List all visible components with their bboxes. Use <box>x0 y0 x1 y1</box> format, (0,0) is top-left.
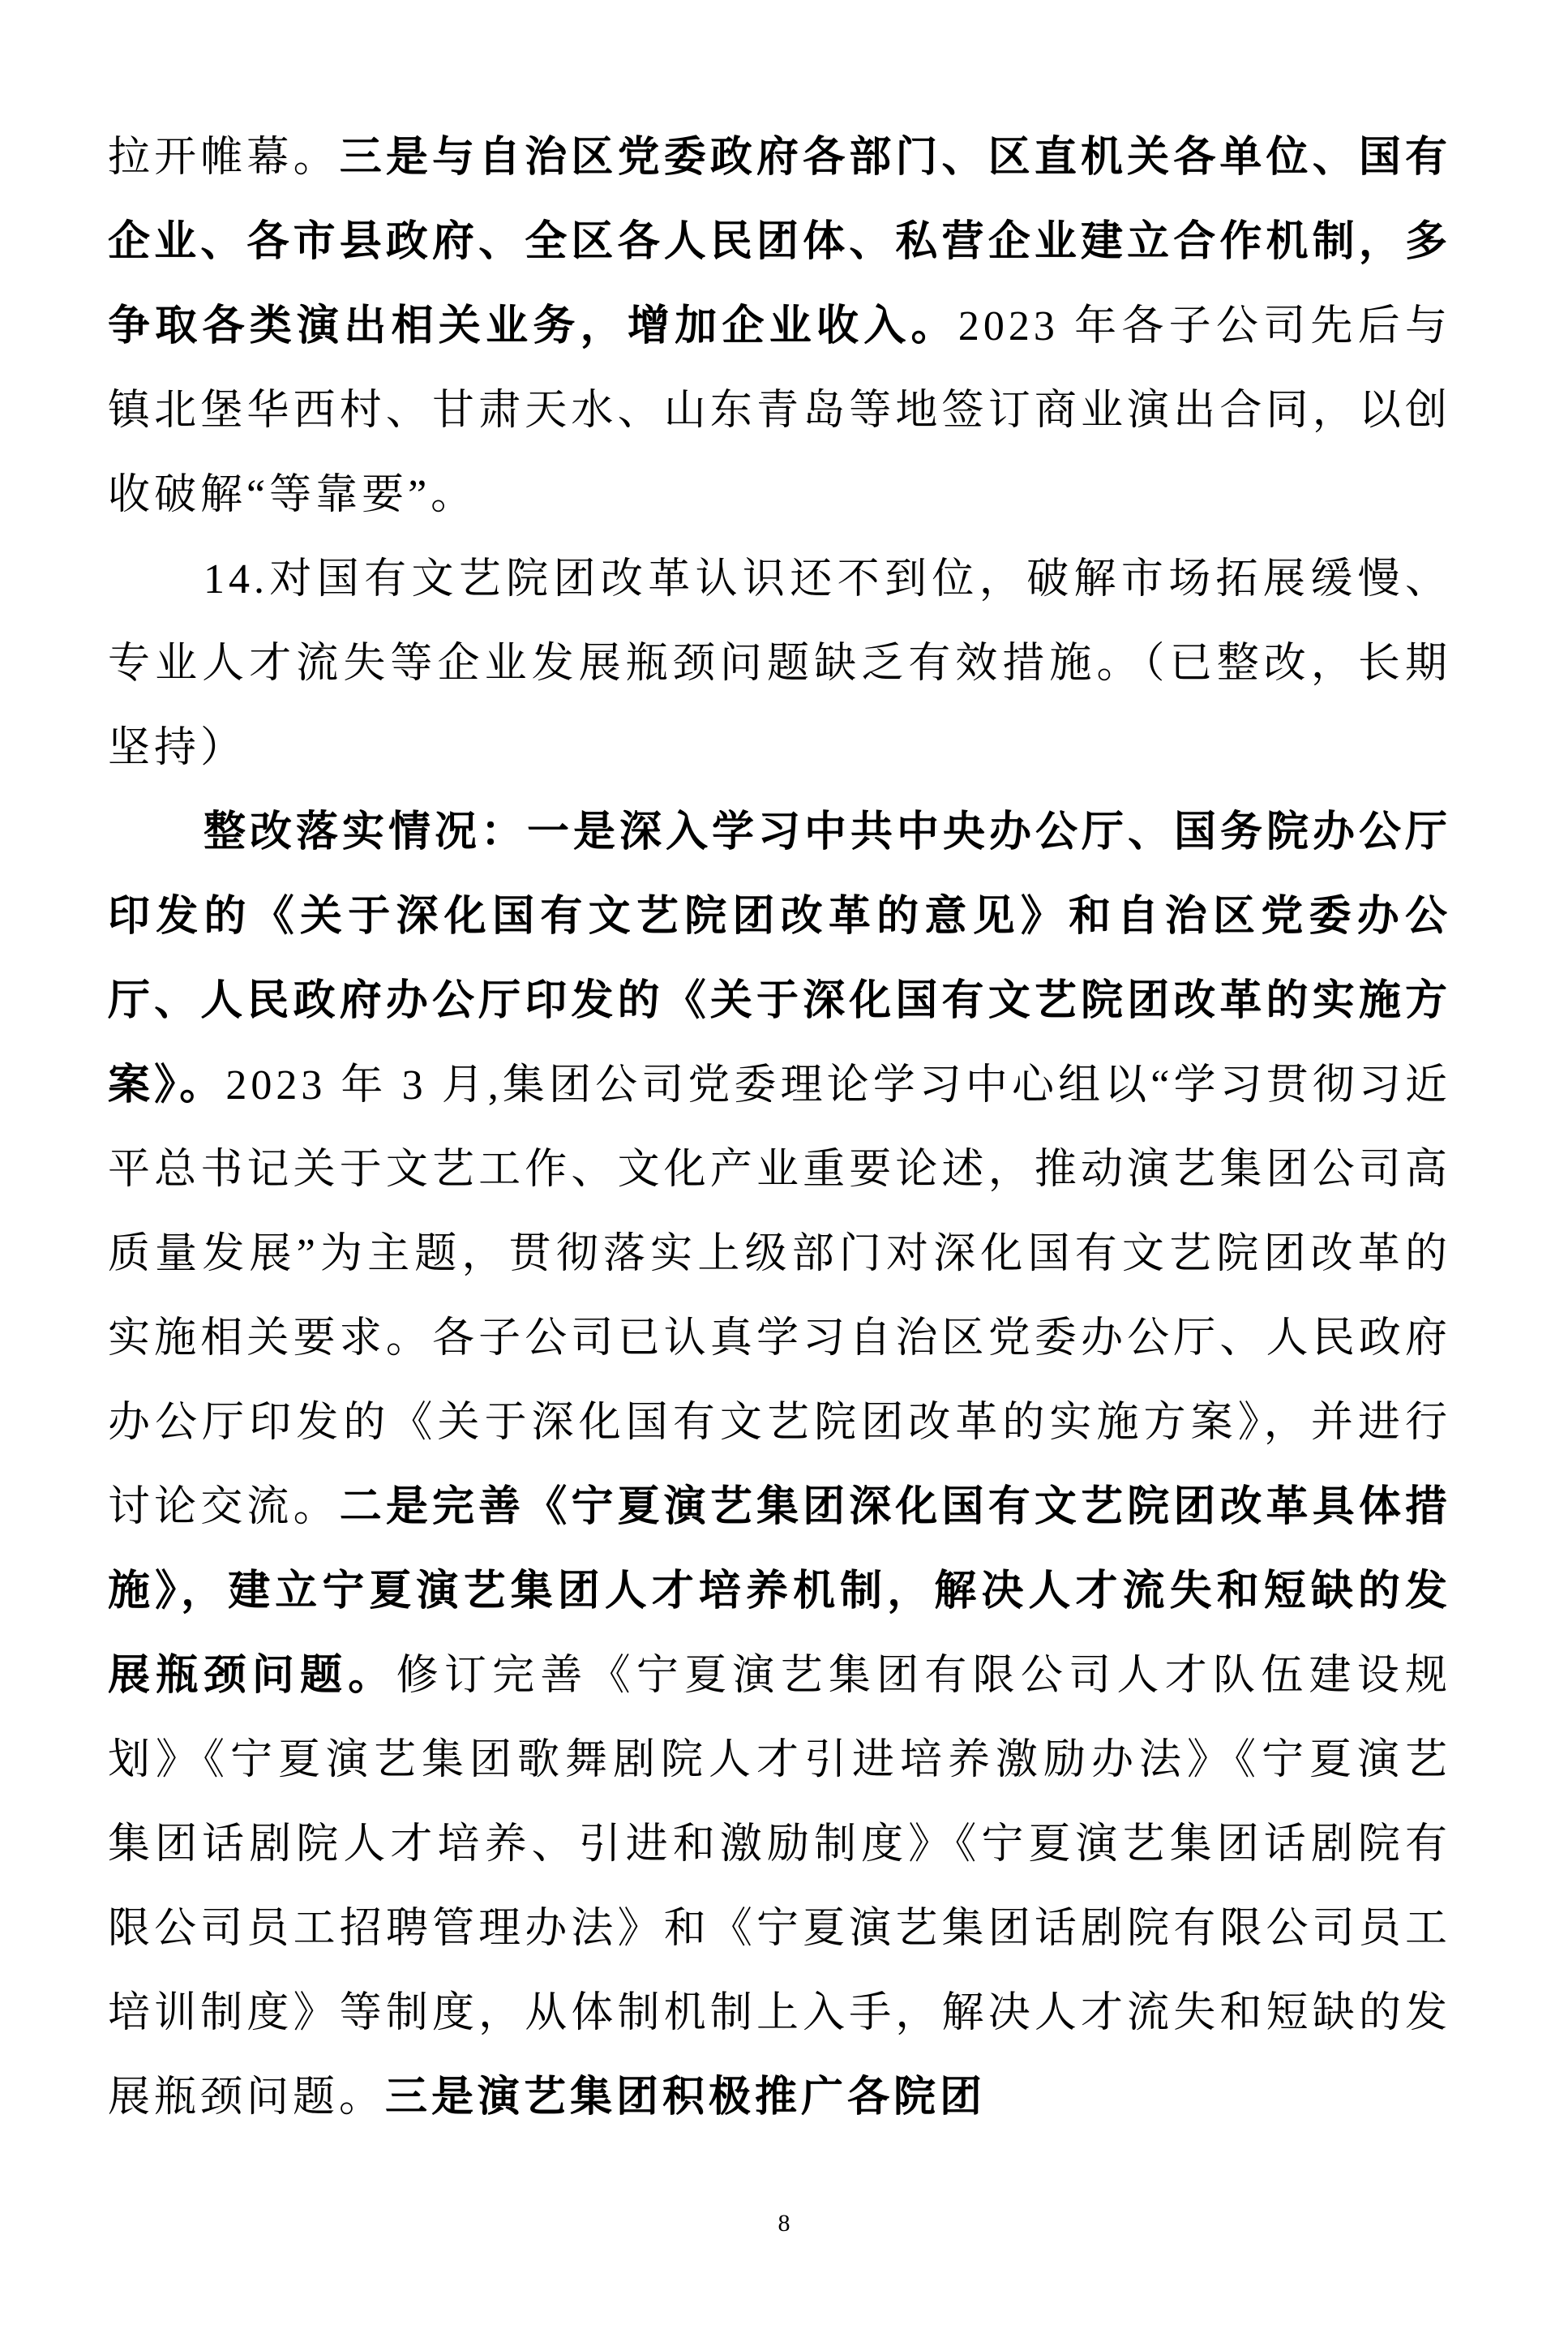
paragraph-1: 拉开帷幕。三是与自治区党委政府各部门、区直机关各单位、国有企业、各市县政府、全区… <box>108 116 1451 538</box>
paragraph-2: 14.对国有文艺院团改革认识还不到位，破解市场拓展缓慢、专业人才流失等企业发展瓶… <box>108 538 1451 791</box>
page-footer: 8 <box>0 2207 1568 2240</box>
text-run: 14.对国有文艺院团改革认识还不到位，破解市场拓展缓慢、专业人才流失等企业发展瓶… <box>108 556 1451 771</box>
text-run: 拉开帷幕。 <box>108 135 340 181</box>
paragraph-3: 整改落实情况：一是深入学习中共中央办公厅、国务院办公厅印发的《关于深化国有文艺院… <box>108 791 1451 2140</box>
text-run: 修订完善《宁夏演艺集团有限公司人才队伍建设规划》《宁夏演艺集团歌舞剧院人才引进培… <box>108 1653 1451 2121</box>
document-page: { "colors": { "text": "#000000", "backgr… <box>0 0 1568 2342</box>
page-number: 8 <box>778 2210 790 2237</box>
bold-text-run: 三是演艺集团积极推广各院团 <box>385 2074 986 2121</box>
document-body: 拉开帷幕。三是与自治区党委政府各部门、区直机关各单位、国有企业、各市县政府、全区… <box>108 116 1451 2140</box>
text-run: 2023 年 3 月,集团公司党委理论学习中心组以“学习贯彻习近平总书记关于文艺… <box>108 1062 1451 1530</box>
